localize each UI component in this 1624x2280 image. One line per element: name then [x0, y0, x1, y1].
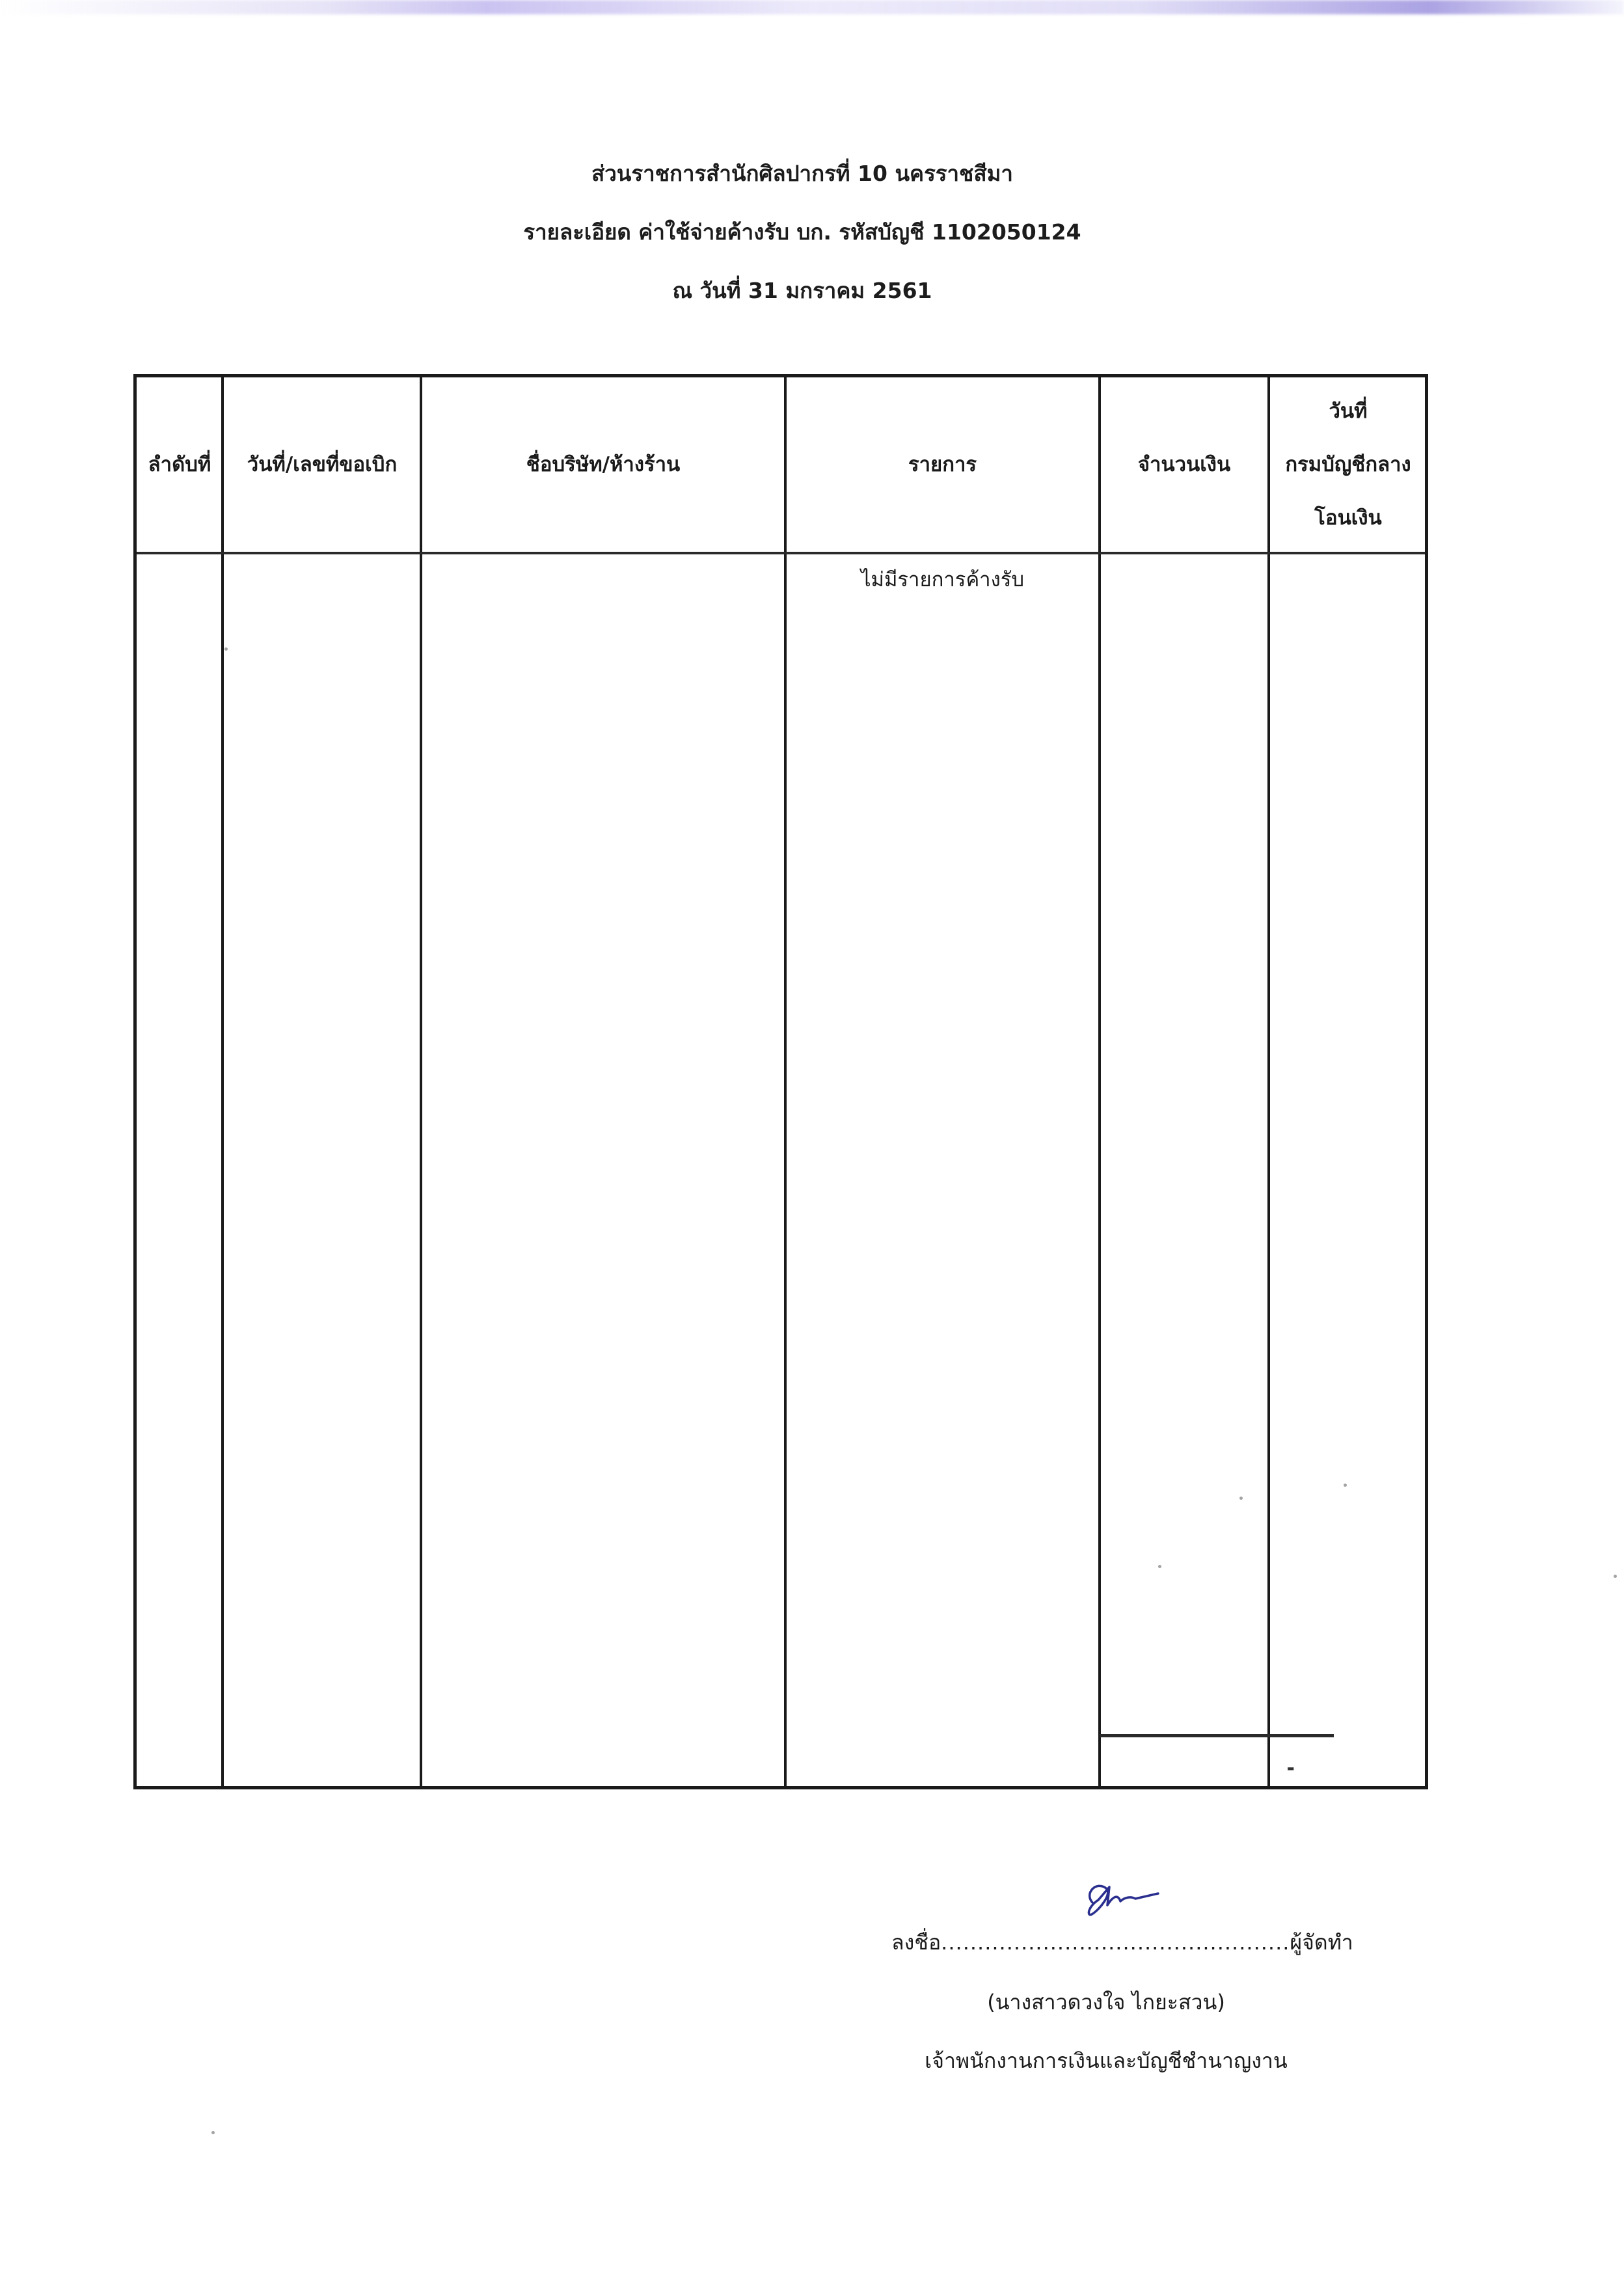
column-header-label: จำนวนเงิน [1138, 438, 1230, 491]
column-header-no: ลำดับที่ [137, 377, 223, 552]
column-header-label: กรมบัญชีกลาง [1285, 438, 1411, 491]
column-header-label: รายการ [908, 438, 977, 491]
header-report-title: รายละเอียด ค่าใช้จ่ายค้างรับ บก. รหัสบัญ… [0, 203, 1614, 262]
total-amount-cell: - [1100, 1734, 1334, 1786]
sign-role: ผู้จัดทำ [1290, 1930, 1353, 1955]
scan-speck [224, 647, 228, 651]
total-amount-value: - [1100, 1757, 1334, 1780]
column-header-label: โอนเงิน [1314, 491, 1381, 545]
column-header-label: วันที่/เลขที่ขอเบิก [247, 438, 397, 491]
column-divider [1098, 377, 1101, 1786]
column-divider [221, 377, 224, 1786]
column-header-transfer-date: วันที่ กรมบัญชีกลาง โอนเงิน [1270, 377, 1426, 552]
column-header-item: รายการ [787, 377, 1098, 552]
column-header-amount: จำนวนเงิน [1101, 377, 1267, 552]
receivables-table: ลำดับที่ วันที่/เลขที่ขอเบิก ชื่อบริษัท/… [133, 374, 1428, 1789]
handwritten-signature-icon [1074, 1874, 1178, 1926]
signer-name: (นางสาวดวงใจ ไกยะสวน) [872, 1986, 1340, 2019]
cell-item: ไม่มีรายการค้างรับ [787, 563, 1098, 595]
sign-line: ลงชื่อ..................................… [891, 1926, 1353, 1959]
column-header-company: ชื่อบริษัท/ห้างร้าน [422, 377, 784, 552]
column-header-label: ชื่อบริษัท/ห้างร้าน [526, 438, 680, 491]
header-date: ณ วันที่ 31 มกราคม 2561 [0, 262, 1614, 320]
column-header-date-ref: วันที่/เลขที่ขอเบิก [224, 377, 420, 552]
scan-artifact-strip [0, 0, 1624, 14]
sign-label: ลงชื่อ [891, 1930, 941, 1955]
scan-speck [211, 2131, 215, 2134]
sign-dots: ........................................… [941, 1930, 1290, 1955]
signer-position: เจ้าพนักงานการเงินและบัญชีชำนาญงาน [872, 2044, 1340, 2078]
column-header-label: วันที่ [1329, 385, 1367, 438]
scan-speck [1158, 1565, 1161, 1568]
scan-speck [1614, 1575, 1617, 1578]
header-rule [137, 552, 1425, 554]
column-divider [1267, 377, 1270, 1786]
scan-speck [1239, 1497, 1243, 1500]
column-header-label: ลำดับที่ [148, 438, 211, 491]
header-agency: ส่วนราชการสำนักศิลปากรที่ 10 นครราชสีมา [0, 144, 1614, 203]
scan-speck [1344, 1484, 1347, 1487]
column-divider [420, 377, 422, 1786]
document-header: ส่วนราชการสำนักศิลปากรที่ 10 นครราชสีมา … [0, 144, 1624, 320]
